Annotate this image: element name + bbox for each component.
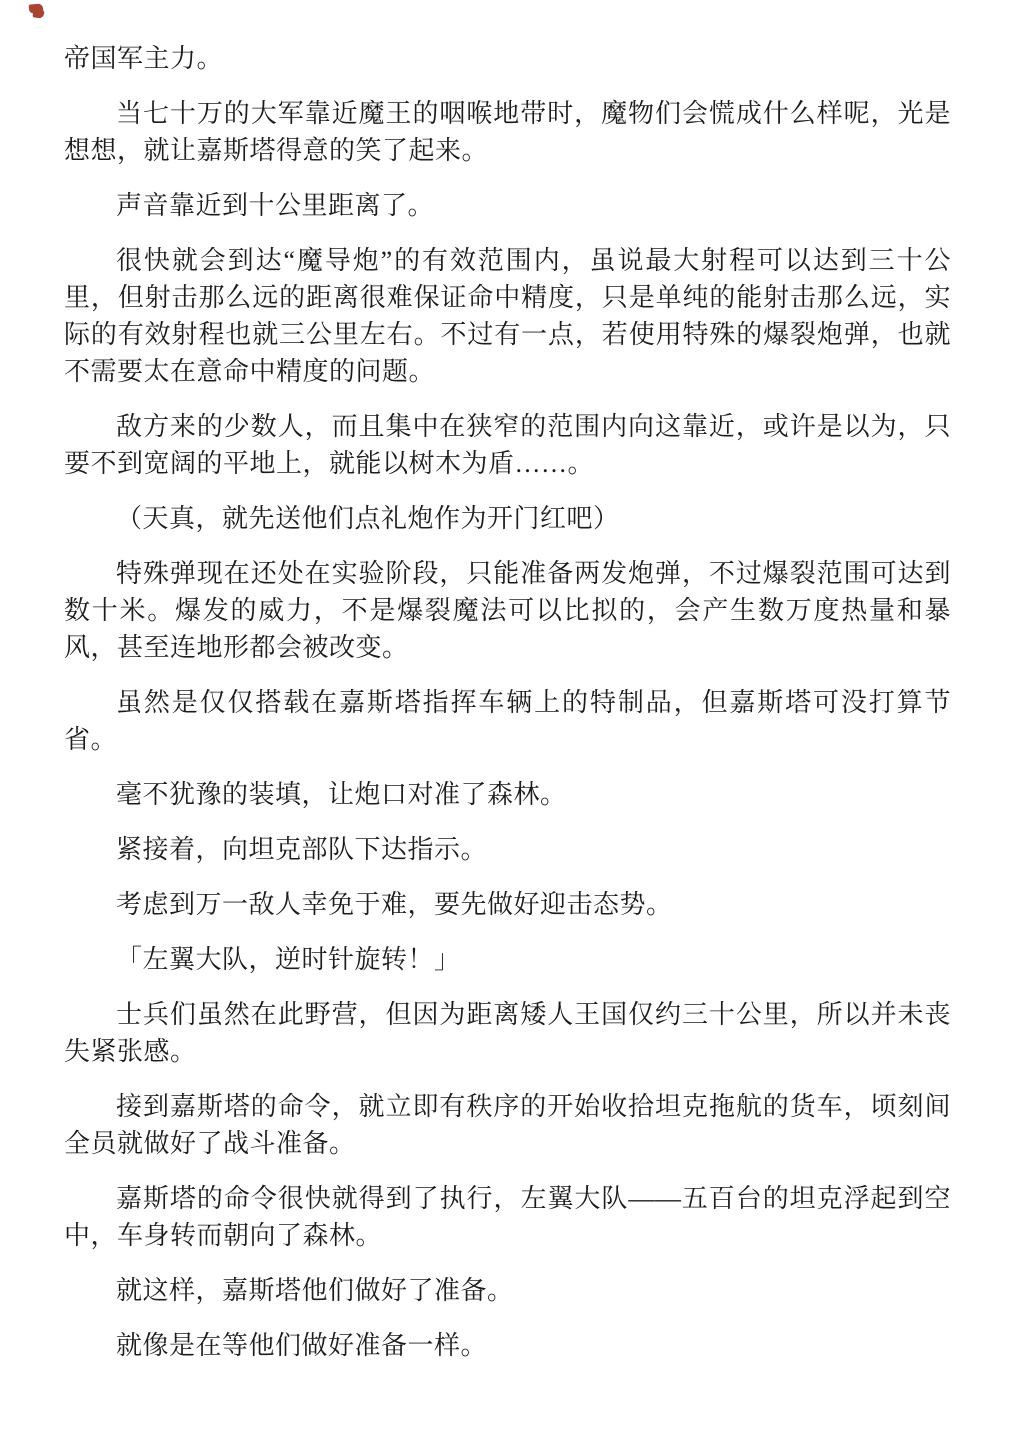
paragraph: 很快就会到达“魔导炮”的有效范围内，虽说最大射程可以达到三十公里，但射击那么远的…: [64, 242, 951, 390]
paragraph: 帝国军主力。: [64, 40, 951, 77]
paragraph: 「左翼大队，逆时针旋转！」: [64, 941, 951, 978]
paragraph: 特殊弹现在还处在实验阶段，只能准备两发炮弹，不过爆裂范围可达到数十米。爆发的威力…: [64, 555, 951, 666]
paragraph: 就像是在等他们做好准备一样。: [64, 1327, 951, 1364]
document-page: 帝国军主力。当七十万的大军靠近魔王的咽喉地带时，魔物们会慌成什么样呢，光是想想，…: [0, 0, 1017, 1437]
paragraph: 就这样，嘉斯塔他们做好了准备。: [64, 1272, 951, 1309]
paragraph: 嘉斯塔的命令很快就得到了执行，左翼大队——五百台的坦克浮起到空中，车身转而朝向了…: [64, 1180, 951, 1254]
page-text: 帝国军主力。当七十万的大军靠近魔王的咽喉地带时，魔物们会慌成什么样呢，光是想想，…: [64, 40, 951, 1382]
paragraph: （天真，就先送他们点礼炮作为开门红吧）: [64, 500, 951, 537]
paragraph: 士兵们虽然在此野营，但因为距离矮人王国仅约三十公里，所以并未丧失紧张感。: [64, 996, 951, 1070]
paragraph: 考虑到万一敌人幸免于难，要先做好迎击态势。: [64, 886, 951, 923]
paragraph: 当七十万的大军靠近魔王的咽喉地带时，魔物们会慌成什么样呢，光是想想，就让嘉斯塔得…: [64, 95, 951, 169]
paragraph: 接到嘉斯塔的命令，就立即有秩序的开始收拾坦克拖航的货车，顷刻间全员就做好了战斗准…: [64, 1088, 951, 1162]
paragraph: 紧接着，向坦克部队下达指示。: [64, 831, 951, 868]
paragraph: 敌方来的少数人，而且集中在狭窄的范围内向这靠近，或许是以为，只要不到宽阔的平地上…: [64, 408, 951, 482]
paragraph: 毫不犹豫的装填，让炮口对准了森林。: [64, 776, 951, 813]
paragraph: 虽然是仅仅搭载在嘉斯塔指挥车辆上的特制品，但嘉斯塔可没打算节省。: [64, 684, 951, 758]
paragraph: 声音靠近到十公里距离了。: [64, 187, 951, 224]
red-corner-mark: [27, 3, 47, 19]
